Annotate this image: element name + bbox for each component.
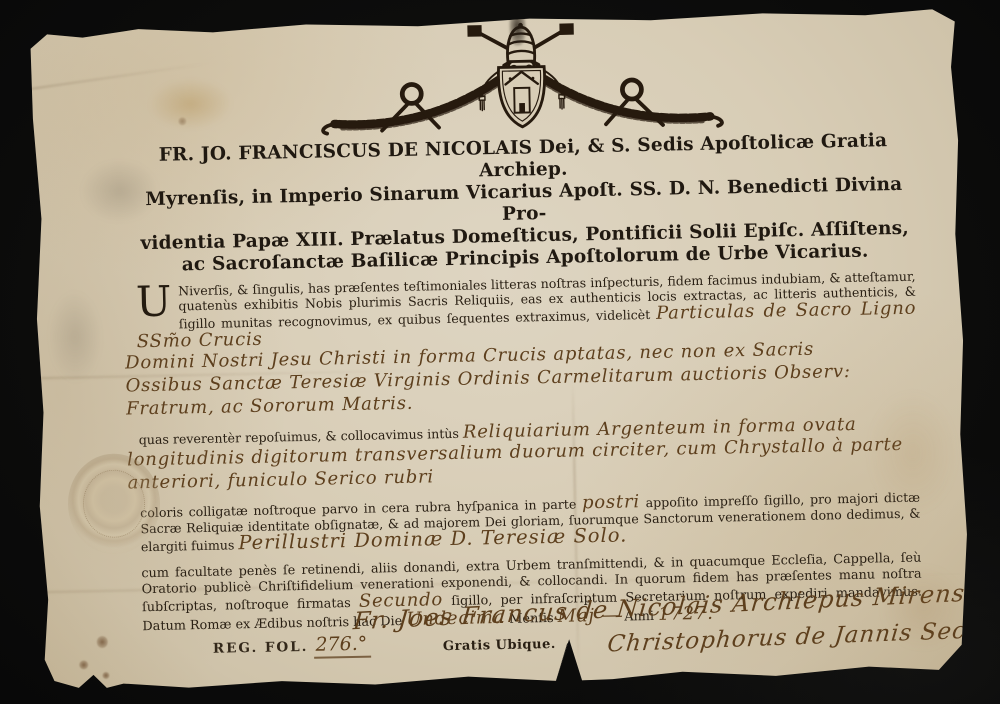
- drop-cap: U: [136, 283, 179, 317]
- registry-folio: REG. FOL. 276.°: [213, 633, 372, 658]
- stain-speck: [97, 636, 108, 648]
- reg-fol-value: 276.°: [313, 633, 371, 659]
- seal-paragraph: coloris colligatæ noſtroque parvo in cer…: [140, 487, 921, 554]
- gratis-ubique-label: Gratis Ubique.: [443, 637, 556, 654]
- document-parchment: FR. JO. FRANCISCUS DE NICOLAIS Dei, & S.…: [26, 7, 971, 694]
- ink-blot: [509, 9, 526, 45]
- document-heading: FR. JO. FRANCISCUS DE NICOLAIS Dei, & S.…: [133, 130, 915, 278]
- stain-speck: [79, 660, 88, 669]
- photo-background: FR. JO. FRANCISCUS DE NICOLAIS Dei, & S.…: [0, 0, 1000, 704]
- reg-fol-label: REG. FOL.: [213, 639, 309, 657]
- document-footer: Fr. Joes Francus de Nicolais Archiepus M…: [142, 596, 923, 688]
- handwritten-inline: postri: [582, 491, 640, 513]
- stain-speck: [102, 672, 109, 679]
- stain-speck: [178, 117, 186, 125]
